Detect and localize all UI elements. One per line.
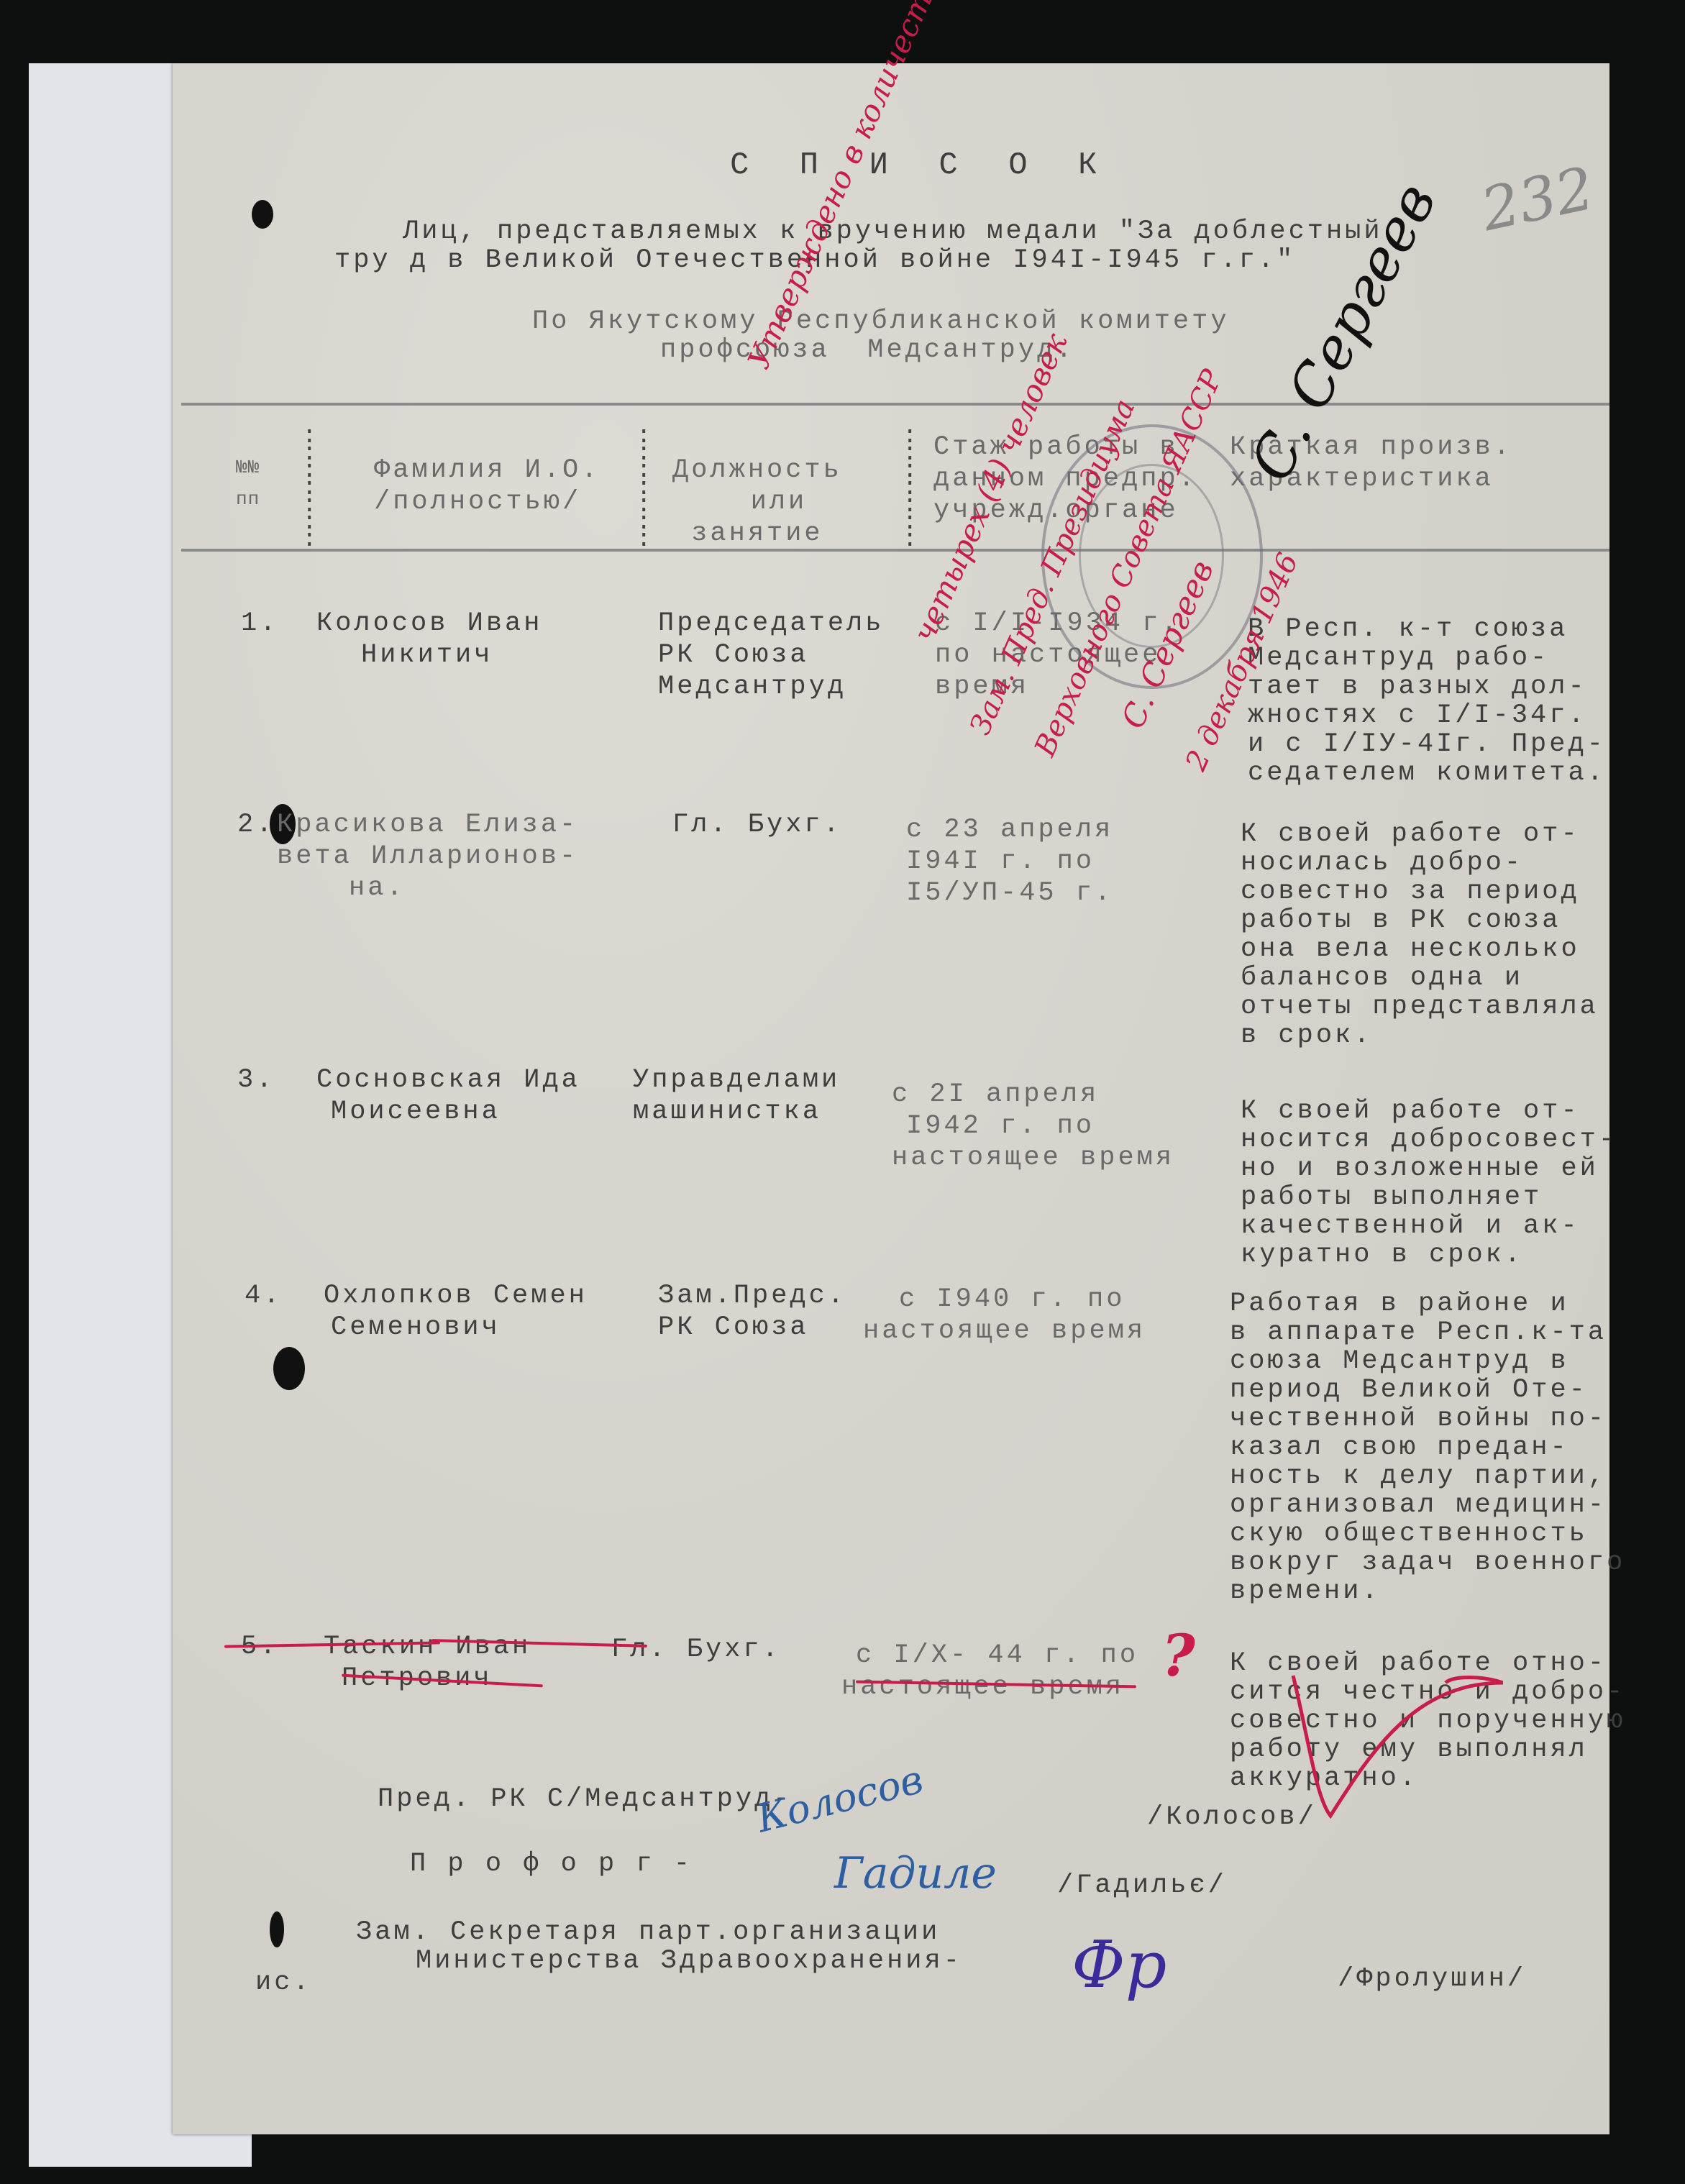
row-characteristic: В Респ. к-т союзаМедсантруд рабо-тает в … [1248, 615, 1606, 787]
handwritten-signature: Гадиле [834, 1848, 997, 1899]
signature-typed-name: /Фролушин/ [1338, 1963, 1526, 1995]
column-separator: : : : : : : : [636, 428, 651, 549]
punch-hole [252, 200, 273, 229]
punch-hole [273, 1347, 305, 1390]
row-characteristic: К своей работе от-носится добросовест-но… [1241, 1097, 1617, 1269]
row-tenure: с 23 апреляI94I г. поI5/УП-45 г. [906, 814, 1113, 909]
typist-initials: ис. [255, 1967, 312, 1998]
signature-title: Пред. РК С/Медсантруд- [378, 1783, 792, 1815]
row-name: Охлопков СеменСеменович [324, 1280, 588, 1343]
row-number: 1. [241, 608, 278, 639]
signature-typed-name: /Гадильє/ [1057, 1870, 1227, 1901]
row-position: Управделамимашинистка [633, 1064, 840, 1128]
document-title: С П И С О К [730, 150, 1113, 181]
row-position: Гл. Бухг. [611, 1634, 781, 1666]
punch-hole [270, 1911, 284, 1947]
signature-title: Министерства Здравоохранения- [416, 1945, 962, 1977]
row-position: ПредседательРК СоюзаМедсантруд [658, 608, 884, 703]
row-tenure: с I/X- 44 г. понастоящее время [841, 1640, 1138, 1703]
subtitle-line-1: Лиц, представляемых к вручению медали "З… [403, 216, 1383, 247]
question-mark: ? [1161, 1622, 1195, 1689]
header-num: №№пп [236, 452, 260, 515]
org-line-1: По Якутскому Республиканской комитету [532, 306, 1230, 337]
checkmark-icon [1287, 1654, 1503, 1827]
table-header-rule [181, 549, 1609, 552]
row-characteristic: Работая в районе ив аппарате Респ.к-тасо… [1230, 1289, 1625, 1606]
row-name: Красикова Елиза-вета Илларионов-на. [255, 809, 578, 904]
row-position: Зам.Предс.РК Союза [658, 1280, 846, 1343]
signature-title: Зам. Секретаря парт.организации [356, 1916, 940, 1948]
header-position: Должностьилизанятие [672, 454, 842, 549]
handwritten-signature: Фр [1072, 1927, 1166, 2003]
row-name: Колосов ИванНикитич [316, 608, 542, 671]
row-number: 4. [245, 1280, 282, 1312]
row-tenure: с 2I апреляI942 г. понастоящее время [892, 1079, 1174, 1174]
table-top-rule [181, 403, 1609, 406]
row-name: Сосновская ИдаМоисеевна [316, 1064, 580, 1128]
signature-title: П р о ф о р г - [410, 1848, 693, 1880]
column-separator: : : : : : : : [302, 428, 316, 549]
column-separator: : : : : : : : [903, 428, 917, 549]
row-number: 3. [237, 1064, 275, 1096]
row-tenure: с I940 г. понастоящее время [863, 1284, 1146, 1347]
row-position: Гл. Бухг. [672, 809, 842, 841]
header-name: Фамилия И.О./полностью/ [374, 454, 600, 518]
org-line-2: профсоюза Медсантруд. [660, 334, 1074, 366]
signature-typed-name: /Колосов/ [1147, 1801, 1317, 1833]
row-characteristic: К своей работе от-носилась добро-совестн… [1241, 820, 1599, 1050]
